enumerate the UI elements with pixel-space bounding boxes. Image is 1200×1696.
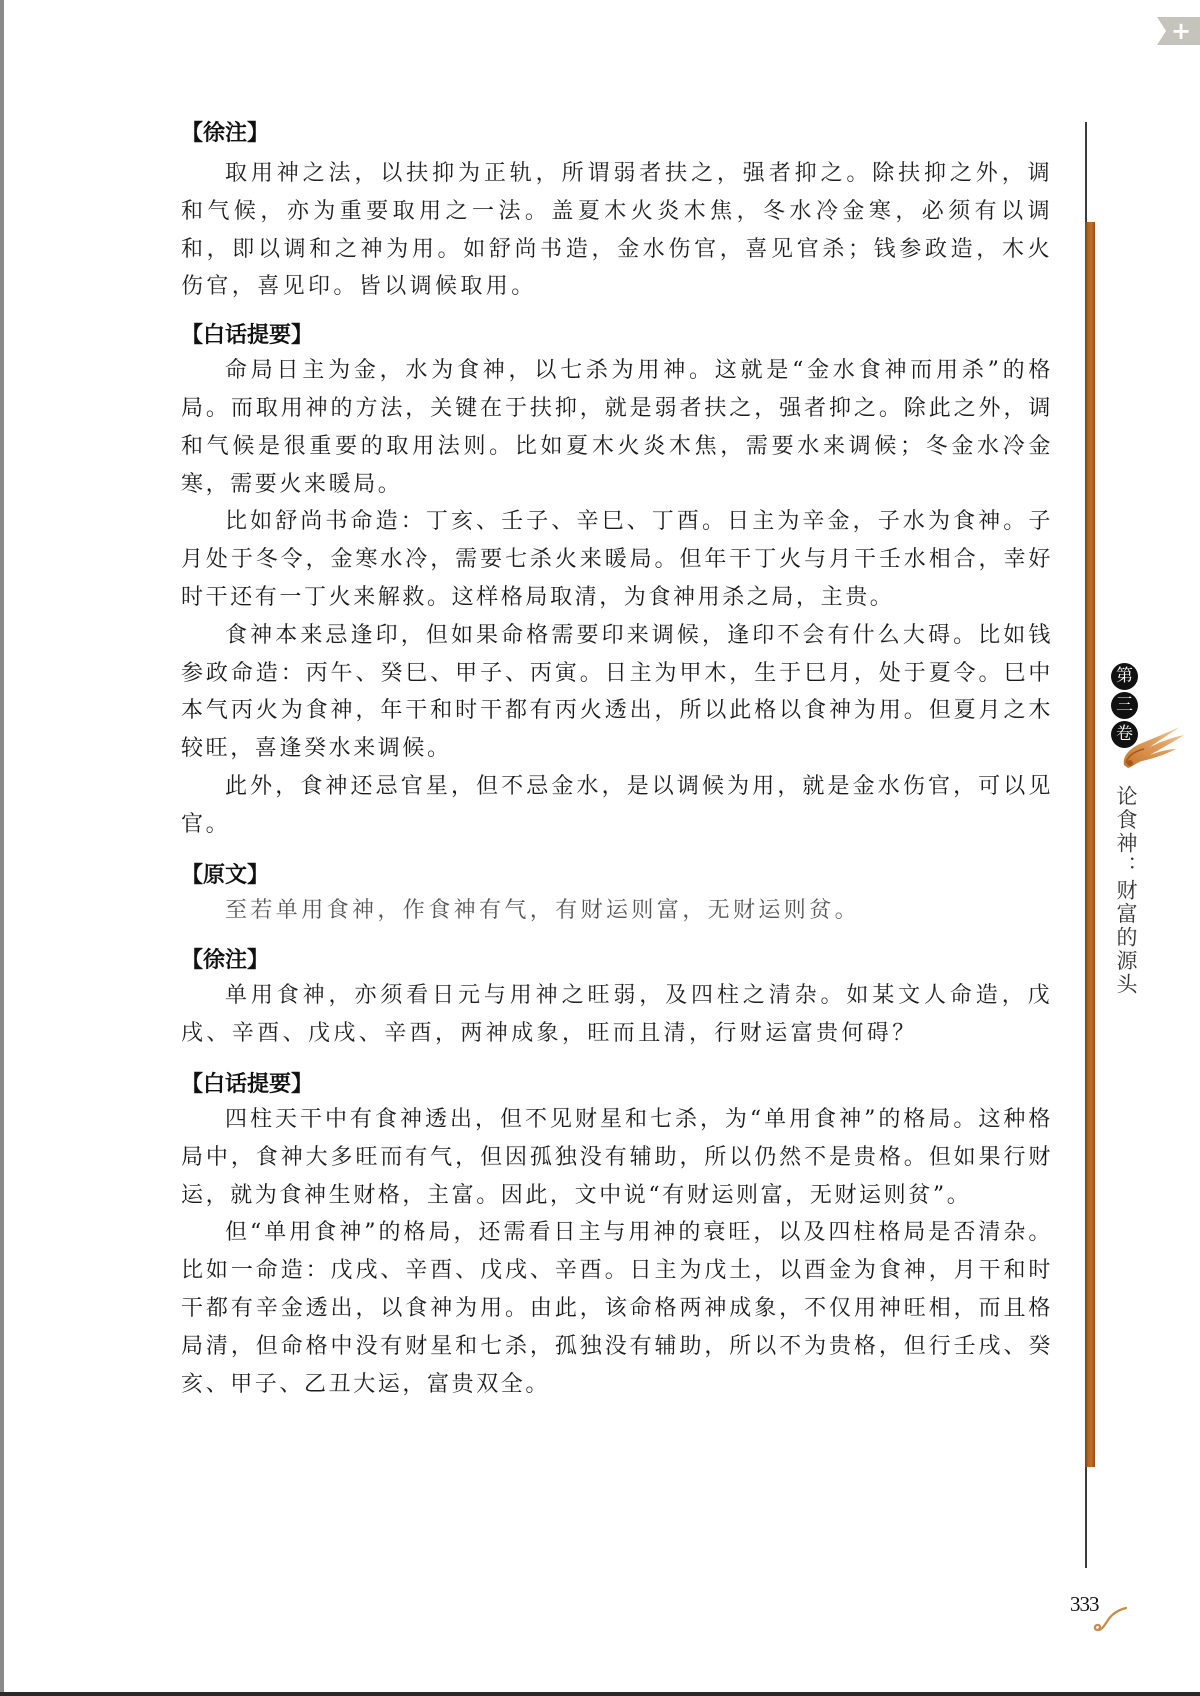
paragraph: 食神本来忌逢印，但如果命格需要印来调候，逢印不会有什么大碍。比如钱参政命造：丙午… — [181, 617, 1053, 768]
page-left-edge — [0, 0, 4, 1696]
plus-icon: + — [1171, 18, 1191, 44]
section-title: 【白话提要】 — [181, 1071, 1053, 1099]
paragraph: 至若单用食神，作食神有气，有财运则富，无财运则贫。 — [181, 892, 1053, 930]
paragraph: 此外，食神还忌官星，但不忌金水，是以调候为用，就是金水伤官，可以见官。 — [181, 768, 1053, 844]
section-xu-commentary-1: 【徐注】 取用神之法，以扶抑为正轨，所谓弱者扶之，强者抑之。除扶抑之外，调和气候… — [181, 120, 1053, 306]
chapter-title-vertical: 论食神：财富的源头 — [1113, 785, 1141, 997]
bookmark-tab[interactable]: + — [1157, 17, 1200, 45]
page-bottom-edge — [0, 1692, 1200, 1696]
section-title: 【原文】 — [181, 862, 1053, 890]
paragraph: 但“单用食神”的格局，还需看日主与用神的衰旺，以及四柱格局是否清杂。比如一命造：… — [181, 1214, 1053, 1403]
section-title: 【白话提要】 — [181, 322, 1053, 350]
flame-ornament-icon — [1118, 725, 1188, 770]
section-vernacular-summary-1: 【白话提要】 命局日主为金，水为食神，以七杀为用神。这就是“金水食神而用杀”的格… — [181, 322, 1053, 843]
margin-rule-accent — [1085, 222, 1095, 1467]
paragraph: 单用食神，亦须看日元与用神之旺弱，及四柱之清杂。如某文人命造，戊戌、辛酉、戊戌、… — [181, 977, 1053, 1053]
section-title: 【徐注】 — [181, 120, 1053, 148]
swirl-ornament-icon — [1092, 1606, 1128, 1636]
paragraph: 取用神之法，以扶抑为正轨，所谓弱者扶之，强者抑之。除扶抑之外，调和气候，亦为重要… — [181, 155, 1053, 306]
volume-char: 三 — [1111, 692, 1138, 719]
section-title: 【徐注】 — [181, 947, 1053, 975]
paragraph: 比如舒尚书命造：丁亥、壬子、辛巳、丁酉。日主为辛金，子水为食神。子月处于冬令，金… — [181, 503, 1053, 616]
volume-char: 第 — [1111, 663, 1138, 690]
section-vernacular-summary-2: 【白话提要】 四柱天干中有食神透出，但不见财星和七杀，为“单用食神”的格局。这种… — [181, 1071, 1053, 1403]
section-original-text: 【原文】 至若单用食神，作食神有气，有财运则富，无财运则贫。 — [181, 862, 1053, 930]
page-body: 【徐注】 取用神之法，以扶抑为正轨，所谓弱者扶之，强者抑之。除扶抑之外，调和气候… — [181, 120, 1053, 1403]
section-xu-commentary-2: 【徐注】 单用食神，亦须看日元与用神之旺弱，及四柱之清杂。如某文人命造，戊戌、辛… — [181, 947, 1053, 1053]
paragraph: 四柱天干中有食神透出，但不见财星和七杀，为“单用食神”的格局。这种格局中，食神大… — [181, 1101, 1053, 1214]
paragraph: 命局日主为金，水为食神，以七杀为用神。这就是“金水食神而用杀”的格局。而取用神的… — [181, 352, 1053, 503]
